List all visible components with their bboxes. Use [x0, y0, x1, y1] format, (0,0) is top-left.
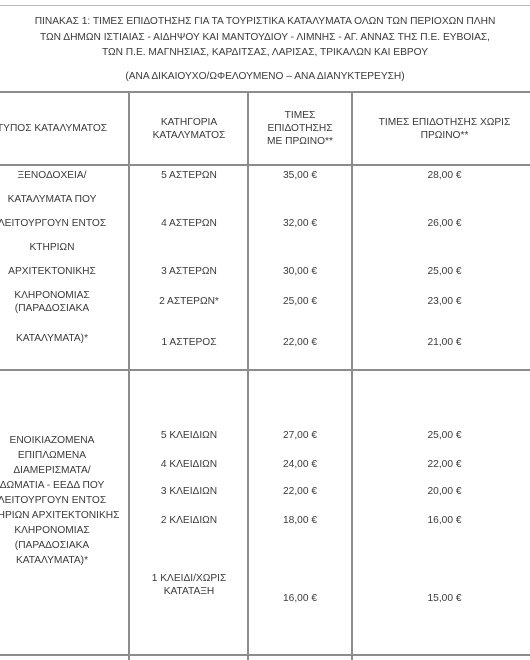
type-line: ΛΕΙΤΟΥΡΓΟΥΝ ΕΝΤΟΣ	[0, 494, 128, 509]
price-without-breakfast: 20,00 €	[353, 485, 530, 498]
type-line: ΕΠΙΠΛΩΜΕΝΑ	[0, 449, 128, 464]
price-with-breakfast: 30,00 €	[249, 265, 351, 278]
price-without-breakfast: 21,00 €	[353, 336, 530, 349]
category-cell: 5 ΑΣΤΕΡΩΝ	[130, 169, 248, 182]
page-top-rule	[0, 5, 530, 6]
price-with-breakfast: 18,00 €	[249, 514, 351, 527]
price-without-breakfast: 23,00 €	[353, 295, 530, 308]
price-without-breakfast: 28,00 €	[353, 169, 530, 182]
header-text: ΚΑΤΑΛΥΜΑΤΟΣ	[153, 129, 226, 142]
category-cell: 3 ΑΣΤΕΡΩΝ	[130, 265, 248, 278]
table-subtitle: (ΑΝΑ ΔΙΚΑΙΟΥΧΟ/ΩΦΕΛΟΥΜΕΝΟ – ΑΝΑ ΔΙΑΝΥΚΤΕ…	[0, 71, 530, 82]
header-accommodation-type: ΤΥΠΟΣ ΚΑΤΑΛΥΜΑΤΟΣ	[0, 93, 128, 164]
accommodation-type-hotels: ΞΕΝΟΔΟΧΕΙΑ/ ΚΑΤΑΛΥΜΑΤΑ ΠΟΥ ΛΕΙΤΟΥΡΓΟΥΝ Ε…	[0, 169, 128, 345]
price-without-breakfast: 26,00 €	[353, 217, 530, 230]
category-cell: 2 ΑΣΤΕΡΩΝ*	[130, 295, 248, 308]
type-line: ΚΤΗΡΙΩΝ ΑΡΧΙΤΕΚΤΟΝΙΚΗΣ	[0, 509, 128, 524]
title-line: ΤΩΝ Π.Ε. ΜΑΓΝΗΣΙΑΣ, ΚΑΡΔΙΤΣΑΣ, ΛΑΡΙΣΑΣ, …	[0, 45, 530, 61]
price-with-breakfast: 27,00 €	[249, 429, 351, 442]
price-without-breakfast: 22,00 €	[353, 458, 530, 471]
type-line: ΚΑΤΑΛΥΜΑΤΑ)*	[0, 332, 128, 345]
type-line: ΔΙΑΜΕΡΙΣΜΑΤΑ/	[0, 464, 128, 479]
group-divider	[0, 369, 530, 371]
category-cell: 2 ΚΛΕΙΔΙΩΝ	[130, 514, 248, 527]
header-text: ΤΙΜΕΣ	[285, 109, 316, 122]
type-line: ΕΝΟΙΚΙΑΖΟΜΕΝΑ	[0, 434, 128, 449]
type-line: ΚΛΗΡΟΝΟΜΙΑΣ	[0, 524, 128, 539]
header-text: ΤΥΠΟΣ ΚΑΤΑΛΥΜΑΤΟΣ	[0, 122, 107, 135]
category-cell: 1 ΑΣΤΕΡΟΣ	[130, 336, 248, 349]
price-without-breakfast: 15,00 €	[353, 592, 530, 605]
price-without-breakfast: 25,00 €	[353, 429, 530, 442]
price-without-breakfast: 16,00 €	[353, 514, 530, 527]
type-line: ΑΡΧΙΤΕΚΤΟΝΙΚΗΣ	[0, 265, 128, 289]
accommodation-type-apartments: ΕΝΟΙΚΙΑΖΟΜΕΝΑ ΕΠΙΠΛΩΜΕΝΑ ΔΙΑΜΕΡΙΣΜΑΤΑ/ Δ…	[0, 434, 128, 569]
price-with-breakfast: 16,00 €	[249, 592, 351, 605]
subsidy-table: ΤΥΠΟΣ ΚΑΤΑΛΥΜΑΤΟΣ ΚΑΤΗΓΟΡΙΑ ΚΑΤΑΛΥΜΑΤΟΣ …	[0, 91, 530, 660]
category-cell: 4 ΑΣΤΕΡΩΝ	[130, 217, 248, 230]
table-title: ΠΙΝΑΚΑΣ 1: ΤΙΜΕΣ ΕΠΙΔΟΤΗΣΗΣ ΓΙΑ ΤΑ ΤΟΥΡΙ…	[0, 14, 530, 61]
header-text: ΤΙΜΕΣ ΕΠΙΔΟΤΗΣΗΣ ΧΩΡΙΣ	[379, 116, 511, 129]
category-cell: 3 ΚΛΕΙΔΙΩΝ	[130, 485, 248, 498]
type-line: ΚΤΗΡΙΩΝ	[0, 241, 128, 265]
category-cell: 4 ΚΛΕΙΔΙΩΝ	[130, 458, 248, 471]
type-line: ΞΕΝΟΔΟΧΕΙΑ/	[0, 169, 128, 193]
category-line: ΚΑΤΑΤΑΞΗ	[130, 585, 248, 598]
price-with-breakfast: 35,00 €	[249, 169, 351, 182]
type-line: (ΠΑΡΑΔΟΣΙΑΚΑ	[0, 539, 128, 554]
price-with-breakfast: 22,00 €	[249, 485, 351, 498]
header-text: ΕΠΙΔΟΤΗΣΗΣ	[267, 122, 332, 135]
header-text: ΚΑΤΗΓΟΡΙΑ	[161, 116, 217, 129]
title-line: ΤΩΝ ΔΗΜΩΝ ΙΣΤΙΑΙΑΣ - ΑΙΔΗΨΟΥ ΚΑΙ ΜΑΝΤΟΥΔ…	[0, 30, 530, 46]
category-line: 1 ΚΛΕΙΔΙ/ΧΩΡΙΣ	[130, 572, 248, 585]
category-cell: 5 ΚΛΕΙΔΙΩΝ	[130, 429, 248, 442]
type-line: ΔΩΜΑΤΙΑ - ΕΕΔΔ ΠΟΥ	[0, 479, 128, 494]
title-line: ΠΙΝΑΚΑΣ 1: ΤΙΜΕΣ ΕΠΙΔΟΤΗΣΗΣ ΓΙΑ ΤΑ ΤΟΥΡΙ…	[0, 14, 530, 30]
price-with-breakfast: 25,00 €	[249, 295, 351, 308]
header-category: ΚΑΤΗΓΟΡΙΑ ΚΑΤΑΛΥΜΑΤΟΣ	[130, 93, 248, 164]
header-without-breakfast: ΤΙΜΕΣ ΕΠΙΔΟΤΗΣΗΣ ΧΩΡΙΣ ΠΡΩΙΝΟ**	[353, 93, 530, 164]
price-with-breakfast: 32,00 €	[249, 217, 351, 230]
type-line: ΚΑΤΑΛΥΜΑΤΑ ΠΟΥ	[0, 193, 128, 217]
price-with-breakfast: 24,00 €	[249, 458, 351, 471]
header-bottom-border	[0, 164, 530, 166]
header-text: ΠΡΩΙΝΟ**	[421, 129, 469, 142]
type-line: ΛΕΙΤΟΥΡΓΟΥΝ ΕΝΤΟΣ	[0, 217, 128, 241]
group-divider	[0, 654, 530, 656]
price-without-breakfast: 25,00 €	[353, 265, 530, 278]
type-line: (ΠΑΡΑΔΟΣΙΑΚΑ	[0, 302, 128, 332]
header-text: ΜΕ ΠΡΩΙΝΟ**	[267, 135, 333, 148]
price-with-breakfast: 22,00 €	[249, 336, 351, 349]
type-line: ΚΑΤΑΛΥΜΑΤΑ)*	[0, 554, 128, 569]
category-cell: 1 ΚΛΕΙΔΙ/ΧΩΡΙΣ ΚΑΤΑΤΑΞΗ	[130, 572, 248, 598]
header-with-breakfast: ΤΙΜΕΣ ΕΠΙΔΟΤΗΣΗΣ ΜΕ ΠΡΩΙΝΟ**	[249, 93, 351, 164]
type-line: ΚΛΗΡΟΝΟΜΙΑΣ	[0, 289, 128, 302]
